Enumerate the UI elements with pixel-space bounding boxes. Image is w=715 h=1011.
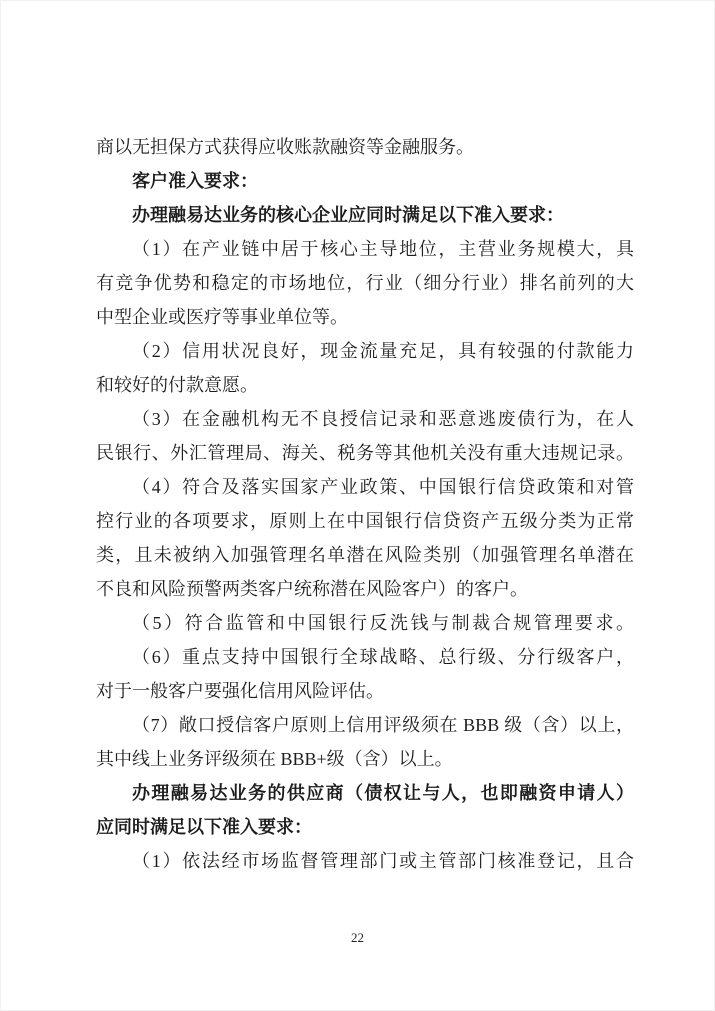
section-heading: 应同时满足以下准入要求：	[96, 810, 634, 844]
paragraph-line: 中型企业或医疗等事业单位等。	[96, 300, 634, 334]
paragraph-line: 类，且未被纳入加强管理名单潜在风险类别（加强管理名单潜在	[96, 538, 634, 572]
paragraph-line: （5）符合监管和中国银行反洗钱与制裁合规管理要求。	[96, 606, 634, 640]
section-heading: 办理融易达业务的供应商（债权让与人，也即融资申请人）	[96, 776, 634, 810]
paragraph-line: （1）依法经市场监督管理部门或主管部门核准登记，且合	[96, 844, 634, 878]
page-footer: 22	[1, 929, 714, 947]
paragraph-line: （3）在金融机构无不良授信记录和恶意逃废债行为，在人	[96, 402, 634, 436]
section-heading: 客户准入要求：	[96, 164, 634, 198]
document-page: 商以无担保方式获得应收账款融资等金融服务。 客户准入要求： 办理融易达业务的核心…	[0, 0, 715, 1011]
paragraph-line: 控行业的各项要求，原则上在中国银行信贷资产五级分类为正常	[96, 504, 634, 538]
page-number: 22	[351, 930, 364, 945]
paragraph-line: 民银行、外汇管理局、海关、税务等其他机关没有重大违规记录。	[96, 436, 634, 470]
paragraph-line: 和较好的付款意愿。	[96, 368, 634, 402]
paragraph-line: （2）信用状况良好，现金流量充足，具有较强的付款能力	[96, 334, 634, 368]
paragraph-line: 商以无担保方式获得应收账款融资等金融服务。	[96, 130, 634, 164]
paragraph-line: 其中线上业务评级须在 BBB+级（含）以上。	[96, 742, 634, 776]
paragraph-line: （6）重点支持中国银行全球战略、总行级、分行级客户，	[96, 640, 634, 674]
paragraph-line: 不良和风险预警两类客户统称潜在风险客户）的客户。	[96, 572, 634, 606]
paragraph-line: （4）符合及落实国家产业政策、中国银行信贷政策和对管	[96, 470, 634, 504]
paragraph-line: （1）在产业链中居于核心主导地位，主营业务规模大，具	[96, 232, 634, 266]
paragraph-line: 对于一般客户要强化信用风险评估。	[96, 674, 634, 708]
paragraph-line: （7）敞口授信客户原则上信用评级须在 BBB 级（含）以上，	[96, 708, 634, 742]
paragraph-line: 有竞争优势和稳定的市场地位，行业（细分行业）排名前列的大	[96, 266, 634, 300]
section-heading: 办理融易达业务的核心企业应同时满足以下准入要求：	[96, 198, 634, 232]
document-body: 商以无担保方式获得应收账款融资等金融服务。 客户准入要求： 办理融易达业务的核心…	[96, 130, 634, 878]
